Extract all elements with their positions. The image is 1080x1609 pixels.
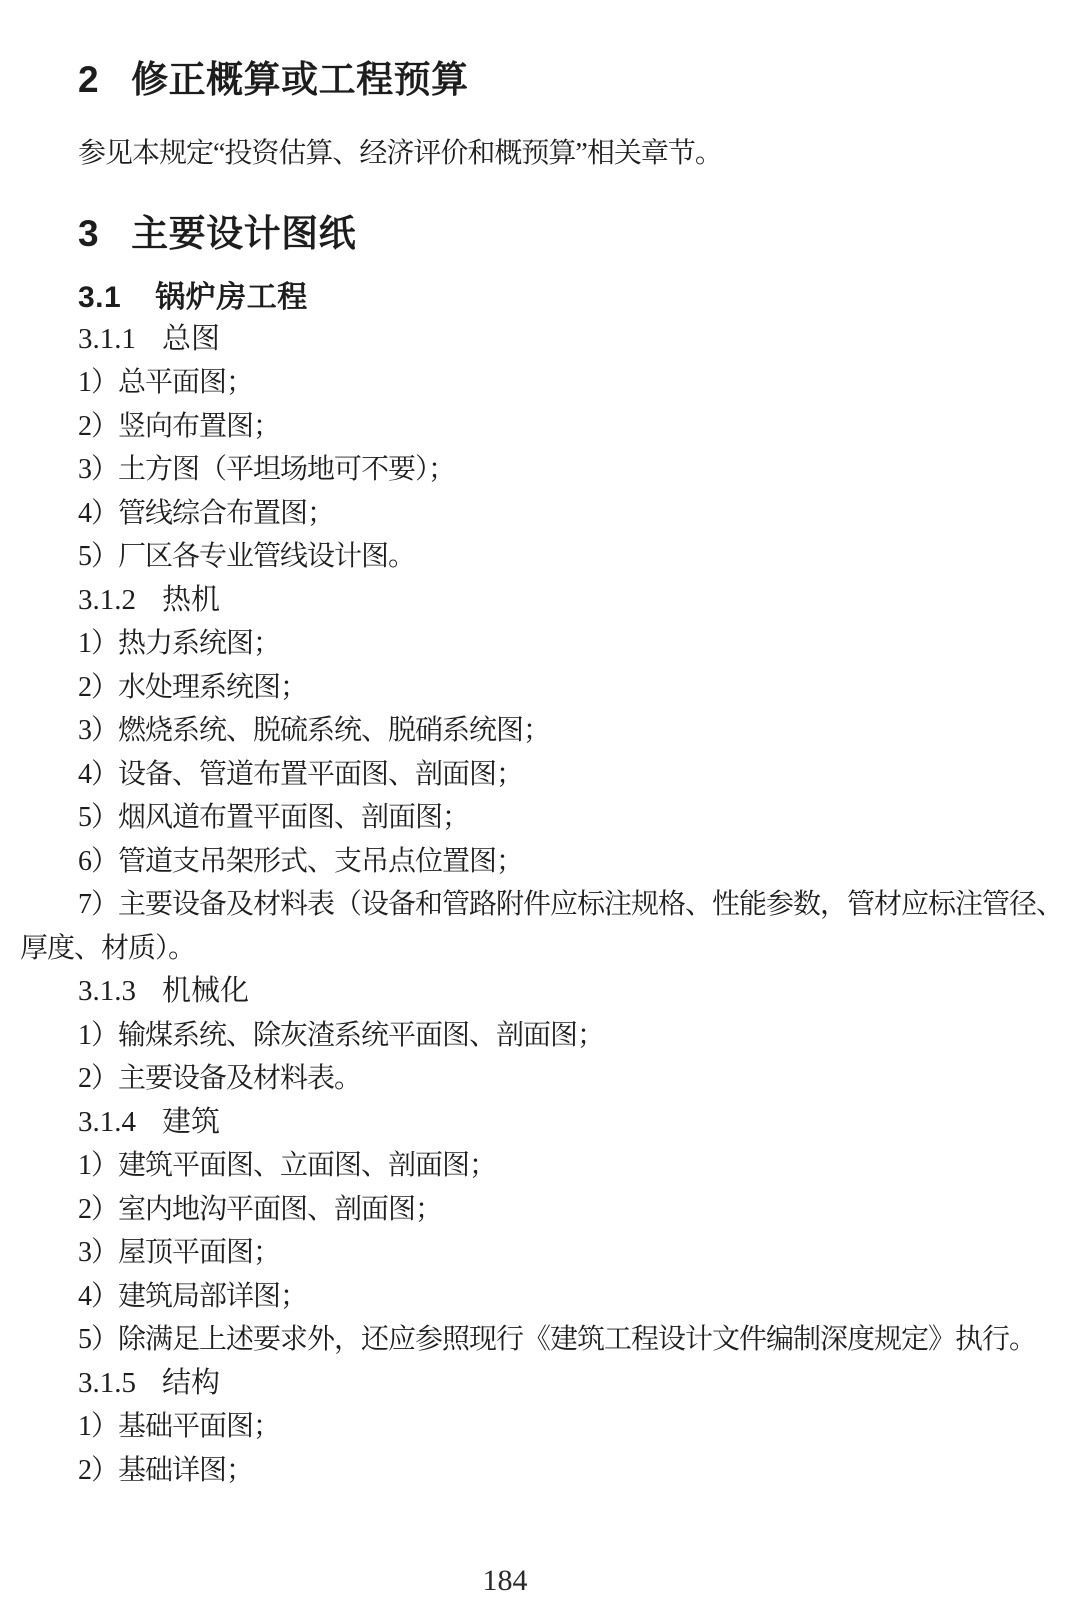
- heading-number: 3.1.4: [78, 1101, 136, 1145]
- heading-number: 3: [78, 212, 99, 256]
- page-number: 184: [483, 1561, 528, 1601]
- heading-h1: 3主要设计图纸: [20, 212, 1063, 256]
- document-page: { "page": { "background": "#ffffff", "te…: [0, 0, 1080, 1609]
- list-item: 5）除满足上述要求外，还应参照现行《建筑工程设计文件编制深度规定》执行。: [20, 1318, 1063, 1362]
- heading-h1: 2修正概算或工程预算: [20, 58, 1063, 102]
- list-item: 1）热力系统图；: [20, 622, 1063, 666]
- list-item: 2）竖向布置图；: [20, 405, 1063, 449]
- list-item: 1）建筑平面图、立面图、剖面图；: [20, 1144, 1063, 1188]
- heading-number: 3.1.2: [78, 579, 136, 623]
- list-item: 2）室内地沟平面图、剖面图；: [20, 1188, 1063, 1232]
- heading-h3: 3.1.5结构: [20, 1362, 1063, 1406]
- heading-h3: 3.1.2热机: [20, 579, 1063, 623]
- heading-title: 修正概算或工程预算: [131, 59, 469, 100]
- heading-title: 机械化: [162, 975, 249, 1007]
- list-item: 5）厂区各专业管线设计图。: [20, 535, 1063, 579]
- heading-number: 3.1.5: [78, 1362, 136, 1406]
- heading-h3: 3.1.1总图: [20, 318, 1063, 362]
- list-item: 2）主要设备及材料表。: [20, 1057, 1063, 1101]
- heading-title: 结构: [162, 1367, 220, 1399]
- heading-number: 3.1: [78, 278, 121, 318]
- heading-h3: 3.1.3机械化: [20, 970, 1063, 1014]
- list-item: 1）基础平面图；: [20, 1405, 1063, 1449]
- heading-title: 主要设计图纸: [131, 213, 356, 254]
- list-item: 1）输煤系统、除灰渣系统平面图、剖面图；: [20, 1014, 1063, 1058]
- list-item: 5）烟风道布置平面图、剖面图；: [20, 796, 1063, 840]
- heading-number: 3.1.1: [78, 318, 136, 362]
- document-body: 2修正概算或工程预算参见本规定“投资估算、经济评价和概预算”相关章节。3主要设计…: [0, 0, 1080, 1492]
- heading-title: 锅炉房工程: [155, 281, 308, 314]
- list-item: 4）建筑局部详图；: [20, 1275, 1063, 1319]
- paragraph: 参见本规定“投资估算、经济评价和概预算”相关章节。: [20, 132, 1063, 176]
- list-item: 2）基础详图；: [20, 1449, 1063, 1493]
- list-item: 3）屋顶平面图；: [20, 1231, 1063, 1275]
- page-footer: 184: [0, 1561, 1080, 1601]
- list-item: 1）总平面图；: [20, 361, 1063, 405]
- list-item: 7）主要设备及材料表（设备和管路附件应标注规格、性能参数，管材应标注管径、厚度、…: [20, 883, 1063, 970]
- heading-title: 建筑: [162, 1106, 220, 1138]
- list-item: 4）管线综合布置图；: [20, 492, 1063, 536]
- list-item: 2）水处理系统图；: [20, 666, 1063, 710]
- list-item: 3）燃烧系统、脱硫系统、脱硝系统图；: [20, 709, 1063, 753]
- heading-number: 2: [78, 58, 99, 102]
- heading-h2: 3.1锅炉房工程: [20, 278, 1063, 318]
- list-item: 4）设备、管道布置平面图、剖面图；: [20, 753, 1063, 797]
- list-item: 3）土方图（平坦场地可不要）；: [20, 448, 1063, 492]
- heading-h3: 3.1.4建筑: [20, 1101, 1063, 1145]
- heading-title: 总图: [162, 323, 220, 355]
- heading-title: 热机: [162, 584, 220, 616]
- list-item: 6）管道支吊架形式、支吊点位置图；: [20, 840, 1063, 884]
- heading-number: 3.1.3: [78, 970, 136, 1014]
